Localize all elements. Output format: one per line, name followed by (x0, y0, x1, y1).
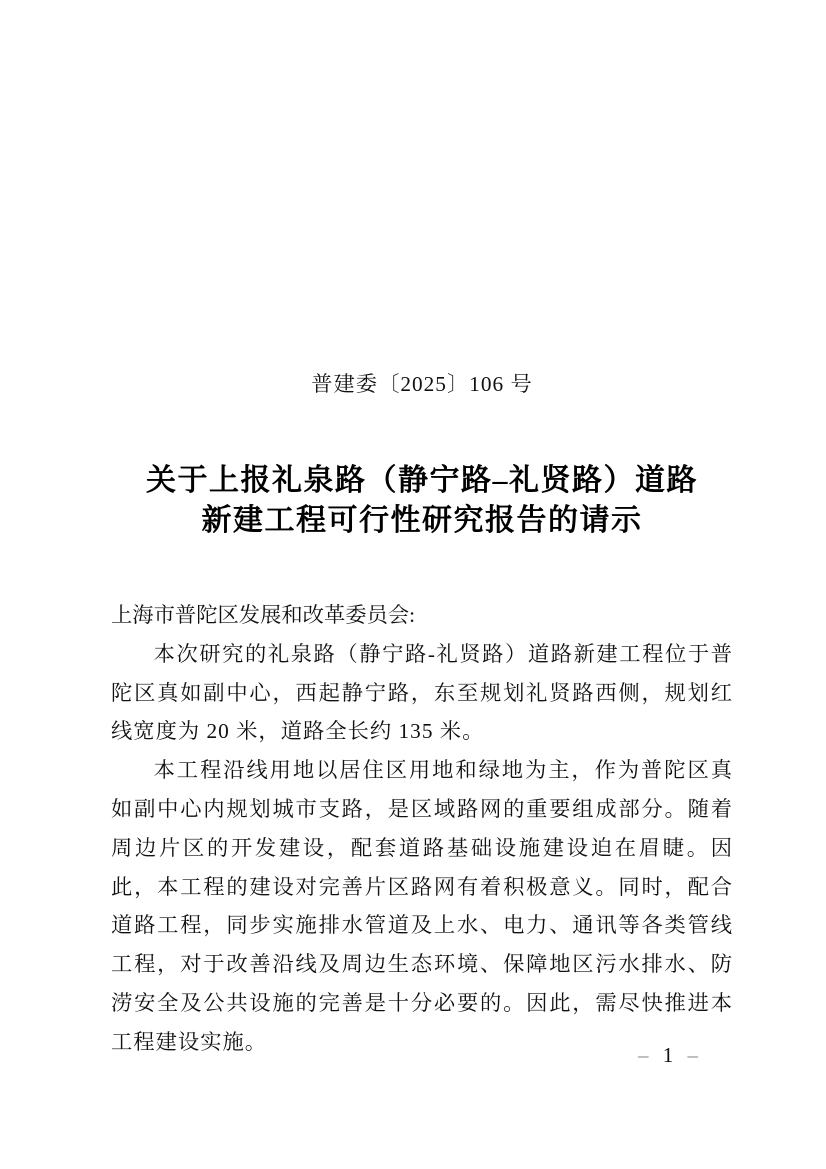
title-line-2: 新建工程可行性研究报告的请示 (101, 501, 743, 541)
page-number-dash-right: – (688, 1043, 699, 1067)
document-title: 关于上报礼泉路（静宁路–礼贤路）道路 新建工程可行性研究报告的请示 (101, 461, 743, 541)
page-number-value: 1 (663, 1043, 674, 1067)
page-number: – 1 – (636, 1042, 700, 1068)
document-body: 上海市普陀区发展和改革委员会: 本次研究的礼泉路（静宁路-礼贤路）道路新建工程位… (111, 596, 733, 1062)
paragraph-2: 本工程沿线用地以居住区用地和绿地为主，作为普陀区真如副中心内规划城市支路，是区域… (111, 751, 733, 1061)
salutation: 上海市普陀区发展和改革委员会: (111, 596, 733, 635)
title-line-1: 关于上报礼泉路（静宁路–礼贤路）道路 (101, 461, 743, 501)
paragraph-1: 本次研究的礼泉路（静宁路-礼贤路）道路新建工程位于普陀区真如副中心，西起静宁路，… (111, 635, 733, 751)
document-page: 普建委〔2025〕106 号 关于上报礼泉路（静宁路–礼贤路）道路 新建工程可行… (0, 0, 826, 1169)
document-number: 普建委〔2025〕106 号 (111, 369, 733, 399)
page-number-dash-left: – (638, 1043, 649, 1067)
